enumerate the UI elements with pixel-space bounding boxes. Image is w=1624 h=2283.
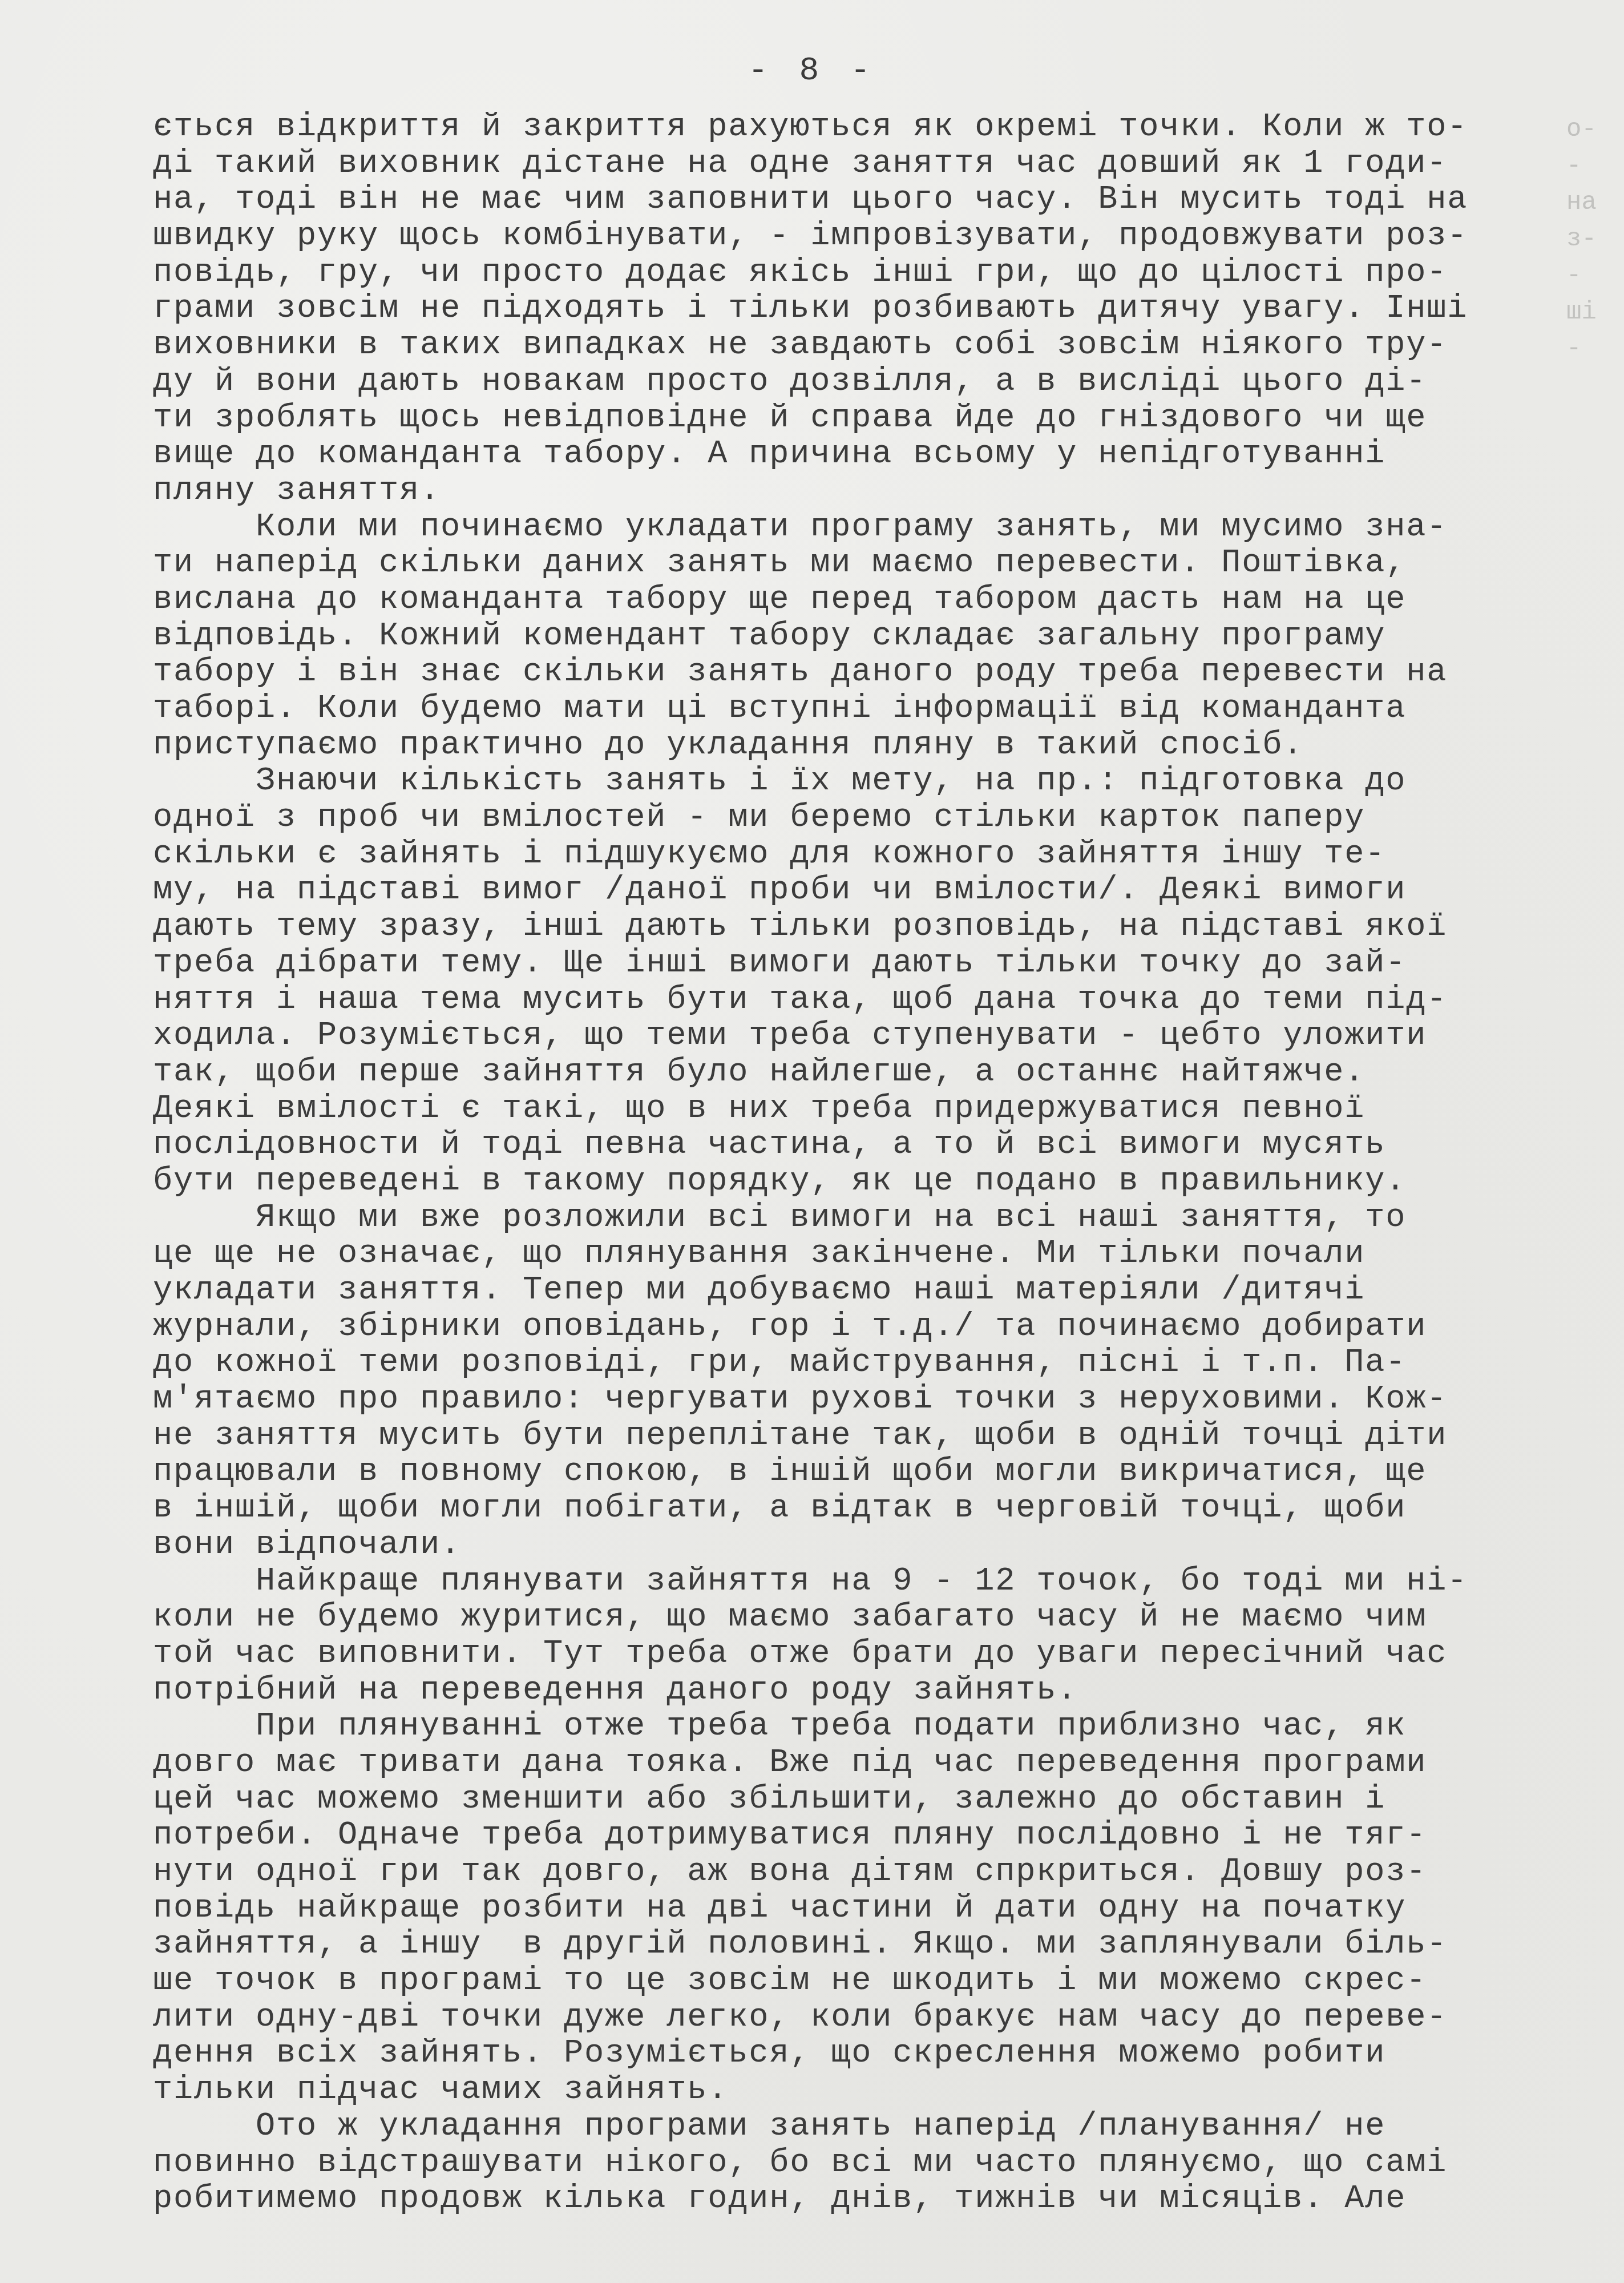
text-line: При плянуванні отже треба треба подати п…: [153, 1709, 1534, 1745]
text-line: вище до команданта табору. А причина всь…: [153, 437, 1534, 473]
text-line: одної з проб чи вмілостей - ми беремо ст…: [153, 800, 1534, 837]
text-line: не заняття мусить бути переплітане так, …: [153, 1418, 1534, 1455]
text-line: приступаємо практично до укладання пляну…: [153, 728, 1534, 764]
text-line: грами зовсім не підходять і тільки розби…: [153, 291, 1534, 328]
text-line: послідовности й тоді певна частина, а то…: [153, 1127, 1534, 1164]
text-line: Коли ми починаємо укладати програму заня…: [153, 510, 1534, 546]
text-line: м'ятаємо про правило: чергувати рухові т…: [153, 1382, 1534, 1418]
text-line: зайняття, а іншу в другій половині. Якщо…: [153, 1927, 1534, 1963]
text-line: Деякі вмілості є такі, що в них треба пр…: [153, 1091, 1534, 1128]
text-line: виховники в таких випадках не завдають с…: [153, 328, 1534, 364]
text-line: довго має тривати дана тояка. Вже під ча…: [153, 1745, 1534, 1782]
text-line: треба дібрати тему. Ще інші вимоги дають…: [153, 946, 1534, 982]
margin-bleed-through-right: о- - на з- - ші -: [1566, 111, 1597, 367]
text-line: цей час можемо зменшити або збільшити, з…: [153, 1782, 1534, 1818]
text-line: таборі. Коли будемо мати ці вступні інфо…: [153, 691, 1534, 728]
text-line: му, на підставі вимог /даної проби чи вм…: [153, 873, 1534, 909]
scanned-page: - 8 - о- - на з- - ші - ється відкриття …: [0, 0, 1624, 2283]
text-line: тільки підчас чамих зайнять.: [153, 2072, 1534, 2109]
text-line: Знаючи кількість занять і їх мету, на пр…: [153, 764, 1534, 800]
text-line: на, тоді він не має чим заповнити цього …: [153, 182, 1534, 219]
text-line: в іншій, щоби могли побігати, а відтак в…: [153, 1491, 1534, 1527]
text-line: Ото ж укладання програми занять наперід …: [153, 2109, 1534, 2145]
text-line: ється відкриття й закриття рахуються як …: [153, 110, 1534, 146]
text-line: ді такий виховник дістане на одне занятт…: [153, 146, 1534, 183]
text-line: укладати заняття. Тепер ми добуваємо наш…: [153, 1273, 1534, 1309]
text-line: повідь найкраще розбити на дві частини й…: [153, 1891, 1534, 1927]
text-line: скільки є зайнять і підшукуємо для кожно…: [153, 837, 1534, 873]
text-line: так, щоби перше зайняття було найлегше, …: [153, 1055, 1534, 1091]
page-number: - 8 -: [0, 53, 1624, 90]
text-line: ти зроблять щось невідповідне й справа й…: [153, 401, 1534, 437]
text-line: швидку руку щось комбінувати, - імпровіз…: [153, 219, 1534, 255]
text-line: пляну заняття.: [153, 473, 1534, 510]
text-line: Найкраще плянувати зайняття на 9 - 12 то…: [153, 1564, 1534, 1600]
text-line: працювали в повному спокою, в іншій щоби…: [153, 1454, 1534, 1491]
text-line: відповідь. Кожний комендант табору склад…: [153, 619, 1534, 655]
text-line: ти наперід скільки даних занять ми маємо…: [153, 546, 1534, 582]
text-line: табору і він знає скільки занять даного …: [153, 655, 1534, 691]
text-line: той час виповнити. Тут треба отже брати …: [153, 1636, 1534, 1673]
text-line: повідь, гру, чи просто додає якісь інші …: [153, 255, 1534, 292]
text-line: няття і наша тема мусить бути така, щоб …: [153, 982, 1534, 1019]
text-line: ходила. Розуміється, що теми треба ступе…: [153, 1018, 1534, 1055]
text-line: робитимемо продовж кілька годин, днів, т…: [153, 2181, 1534, 2218]
text-line: потреби. Одначе треба дотримуватися плян…: [153, 1818, 1534, 1854]
text-line: Якщо ми вже розложили всі вимоги на всі …: [153, 1200, 1534, 1237]
text-line: журнали, збірники оповідань, гор і т.д./…: [153, 1309, 1534, 1346]
text-line: вони відпочали.: [153, 1527, 1534, 1564]
text-line: вислана до команданта табору ще перед та…: [153, 582, 1534, 619]
text-line: ду й вони дають новакам просто дозвілля,…: [153, 364, 1534, 401]
text-line: коли не будемо журитися, що маємо забага…: [153, 1600, 1534, 1636]
typewritten-body-text: ється відкриття й закриття рахуються як …: [153, 110, 1534, 2218]
text-line: повинно відстрашувати нікого, бо всі ми …: [153, 2145, 1534, 2182]
text-line: бути переведені в такому порядку, як це …: [153, 1164, 1534, 1200]
text-line: ше точок в програмі то це зовсім не шкод…: [153, 1963, 1534, 2000]
text-line: це ще не означає, що плянування закінчен…: [153, 1236, 1534, 1273]
text-line: дення всіх зайнять. Розуміється, що скре…: [153, 2036, 1534, 2072]
text-line: лити одну-дві точки дуже легко, коли бра…: [153, 2000, 1534, 2036]
text-line: дають тему зразу, інші дають тільки розп…: [153, 909, 1534, 946]
text-line: нути одної гри так довго, аж вона дітям …: [153, 1854, 1534, 1891]
text-line: до кожної теми розповіді, гри, майструва…: [153, 1345, 1534, 1382]
text-line: потрібний на переведення даного роду зай…: [153, 1673, 1534, 1709]
